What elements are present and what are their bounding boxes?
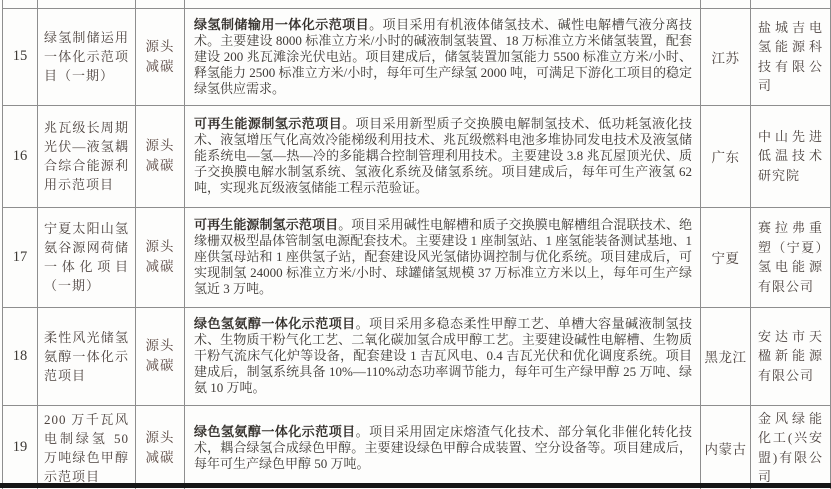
- province: 宁夏: [701, 207, 751, 307]
- project-name: 200 万千瓦风电制绿氢 50 万吨绿色甲醇示范项目: [38, 405, 136, 489]
- province: 黑龙江: [701, 307, 751, 405]
- table-row-project-17: 17 宁夏太阳山氢氨谷源网荷储一体化项目（一期） 源头减碳 可再生能源制氢示范项…: [3, 207, 831, 307]
- empty-cell: [38, 0, 136, 8]
- empty-cell: [701, 0, 751, 8]
- project-no: 16: [3, 105, 38, 207]
- project-no: 17: [3, 207, 38, 307]
- project-no: 18: [3, 307, 38, 405]
- table-row-project-16: 16 兆瓦级长周期光伏—液氢耦合综合能源利用示范项目 源头减碳 可再生能源制氢示…: [3, 105, 831, 207]
- project-description-title: 绿色氢氨醇一体化示范项目: [194, 424, 356, 439]
- projects-table: 15 绿氢制储运用一体化示范项目（一期） 源头减碳 绿氢制储输用一体化示范项目。…: [2, 0, 831, 489]
- empty-cell: [185, 0, 701, 8]
- project-description-title: 绿氢制储输用一体化示范项目: [194, 17, 369, 32]
- project-description-title: 可再生能源制氢示范项目: [194, 116, 342, 131]
- empty-cell: [3, 0, 38, 8]
- project-category: 源头减碳: [136, 405, 185, 489]
- project-description: 可再生能源制氢示范项目。项目采用碱性电解槽和质子交换膜电解槽组合混联技术、绝缘栅…: [185, 207, 701, 307]
- company: 盐城吉电氢能源科技有限公司: [751, 8, 831, 105]
- company: 安达市天楹新能源有限公司: [751, 307, 831, 405]
- project-name: 兆瓦级长周期光伏—液氢耦合综合能源利用示范项目: [38, 105, 136, 207]
- project-name: 宁夏太阳山氢氨谷源网荷储一体化项目（一期）: [38, 207, 136, 307]
- page-bottom-edge-rule: [0, 483, 831, 488]
- project-description: 绿色氢氨醇一体化示范项目。项目采用多稳态柔性甲醇工艺、单槽大容量碱液制氢技术、生…: [185, 307, 701, 405]
- project-description-title: 可再生能源制氢示范项目: [194, 217, 338, 232]
- company: 赛拉弗重塑（宁夏）氢电能源有限公司: [751, 207, 831, 307]
- table-row-project-15: 15 绿氢制储运用一体化示范项目（一期） 源头减碳 绿氢制储输用一体化示范项目。…: [3, 8, 831, 105]
- project-description-title: 绿色氢氨醇一体化示范项目: [194, 316, 356, 331]
- table-row-project-18: 18 柔性风光储氢氨醇一体化示范项目 源头减碳 绿色氢氨醇一体化示范项目。项目采…: [3, 307, 831, 405]
- project-description: 绿氢制储输用一体化示范项目。项目采用有机液体储氢技术、碱性电解槽气液分离技术。主…: [185, 8, 701, 105]
- company: 中山先进低温技术研究院: [751, 105, 831, 207]
- project-description: 绿色氢氨醇一体化示范项目。项目采用固定床熔渣气化技术、部分氧化非催化转化技术，耦…: [185, 405, 701, 489]
- scanned-document-page: 15 绿氢制储运用一体化示范项目（一期） 源头减碳 绿氢制储输用一体化示范项目。…: [0, 0, 831, 489]
- project-category: 源头减碳: [136, 207, 185, 307]
- table-row-project-19: 19 200 万千瓦风电制绿氢 50 万吨绿色甲醇示范项目 源头减碳 绿色氢氨醇…: [3, 405, 831, 489]
- table-row-partial: [3, 0, 831, 8]
- project-category: 源头减碳: [136, 8, 185, 105]
- empty-cell: [751, 0, 831, 8]
- project-no: 19: [3, 405, 38, 489]
- project-name: 绿氢制储运用一体化示范项目（一期）: [38, 8, 136, 105]
- province: 江苏: [701, 8, 751, 105]
- empty-cell: [136, 0, 185, 8]
- province: 内蒙古: [701, 405, 751, 489]
- province: 广东: [701, 105, 751, 207]
- project-category: 源头减碳: [136, 307, 185, 405]
- project-no: 15: [3, 8, 38, 105]
- project-category: 源头减碳: [136, 105, 185, 207]
- project-name: 柔性风光储氢氨醇一体化示范项目: [38, 307, 136, 405]
- company: 金风绿能化工(兴安盟)有限公司: [751, 405, 831, 489]
- project-description: 可再生能源制氢示范项目。项目采用新型质子交换膜电解制氢技术、低功耗氢液化技术、液…: [185, 105, 701, 207]
